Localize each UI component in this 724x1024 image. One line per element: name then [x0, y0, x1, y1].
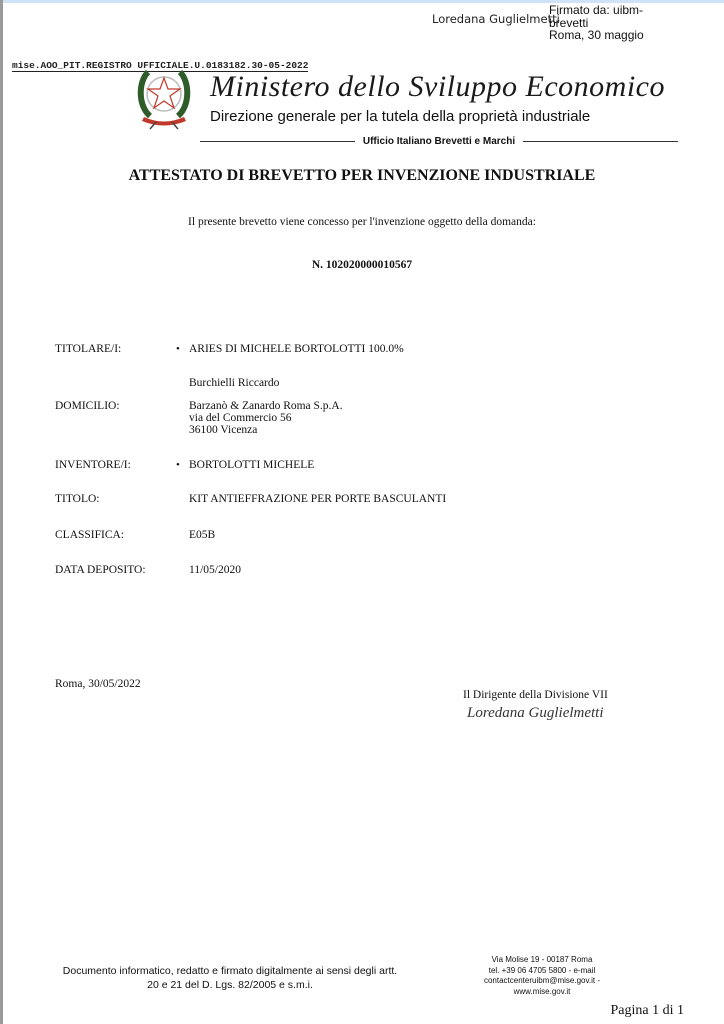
contact-line: contactcenteruibm@mise.gov.it - — [472, 976, 612, 987]
data-deposito-value: 11/05/2020 — [189, 564, 241, 576]
footer-note-line: 20 e 21 del D. Lgs. 82/2005 e s.m.i. — [40, 978, 420, 992]
office-name: Ufficio Italiano Brevetti e Marchi — [355, 136, 523, 147]
titolo-label: TITOLO: — [55, 493, 100, 505]
ministry-name: Ministero dello Sviluppo Economico — [210, 70, 665, 104]
address-line: Barzanò & Zanardo Roma S.p.A. — [189, 400, 343, 412]
contact-line: www.mise.gov.it — [472, 987, 612, 998]
footer-legal-note: Documento informatico, redatto e firmato… — [40, 964, 420, 992]
inventore-label: INVENTORE/I: — [55, 459, 131, 471]
direzione-name: Direzione generale per la tutela della p… — [210, 108, 590, 125]
office-line: Ufficio Italiano Brevetti e Marchi — [200, 134, 678, 148]
address-line: via del Commercio 56 — [189, 412, 343, 424]
data-deposito-label: DATA DEPOSITO: — [55, 564, 146, 576]
page-left-edge — [0, 0, 3, 1024]
titolare-value: ARIES DI MICHELE BORTOLOTTI 100.0% — [189, 343, 404, 355]
patent-number: N. 102020000010567 — [0, 259, 724, 271]
handwritten-signature: Loredana Guglielmetti — [467, 705, 604, 722]
signature-stamp-line: Roma, 30 maggio — [549, 29, 679, 42]
page-number: Pagina 1 di 1 — [611, 1003, 685, 1019]
bullet-icon: • — [176, 459, 180, 471]
domicilio-agent: Burchielli Riccardo — [189, 377, 279, 389]
signature-stamp-name: Loredana Guglielmetti — [432, 12, 560, 26]
classifica-label: CLASSIFICA: — [55, 529, 124, 541]
titolo-value: KIT ANTIEFFRAZIONE PER PORTE BASCULANTI — [189, 493, 446, 505]
signer-title: Il Dirigente della Divisione VII — [463, 689, 608, 701]
domicilio-label: DOMICILIO: — [55, 400, 120, 412]
footer-note-line: Documento informatico, redatto e firmato… — [40, 964, 420, 978]
contact-line: Via Molise 19 - 00187 Roma — [472, 955, 612, 966]
contact-line: tel. +39 06 4705 5800 - e-mail — [472, 966, 612, 977]
signature-stamp-line: Firmato da: uibm- — [549, 4, 679, 17]
inventore-value: BORTOLOTTI MICHELE — [189, 459, 314, 471]
divider — [200, 141, 355, 142]
document-intro: Il presente brevetto viene concesso per … — [0, 216, 724, 228]
titolare-label: TITOLARE/I: — [55, 343, 121, 355]
italian-republic-emblem-icon — [134, 62, 194, 130]
bullet-icon: • — [176, 343, 180, 355]
domicilio-address: Barzanò & Zanardo Roma S.p.A. via del Co… — [189, 400, 343, 436]
classifica-value: E05B — [189, 529, 215, 541]
divider — [523, 141, 678, 142]
viewer-top-bar — [0, 0, 724, 3]
signature-stamp-info: Firmato da: uibm- brevetti Roma, 30 magg… — [549, 4, 679, 42]
address-line: 36100 Vicenza — [189, 424, 343, 436]
footer-contact: Via Molise 19 - 00187 Roma tel. +39 06 4… — [472, 955, 612, 997]
place-date: Roma, 30/05/2022 — [55, 678, 141, 690]
document-title: ATTESTATO DI BREVETTO PER INVENZIONE IND… — [0, 167, 724, 185]
